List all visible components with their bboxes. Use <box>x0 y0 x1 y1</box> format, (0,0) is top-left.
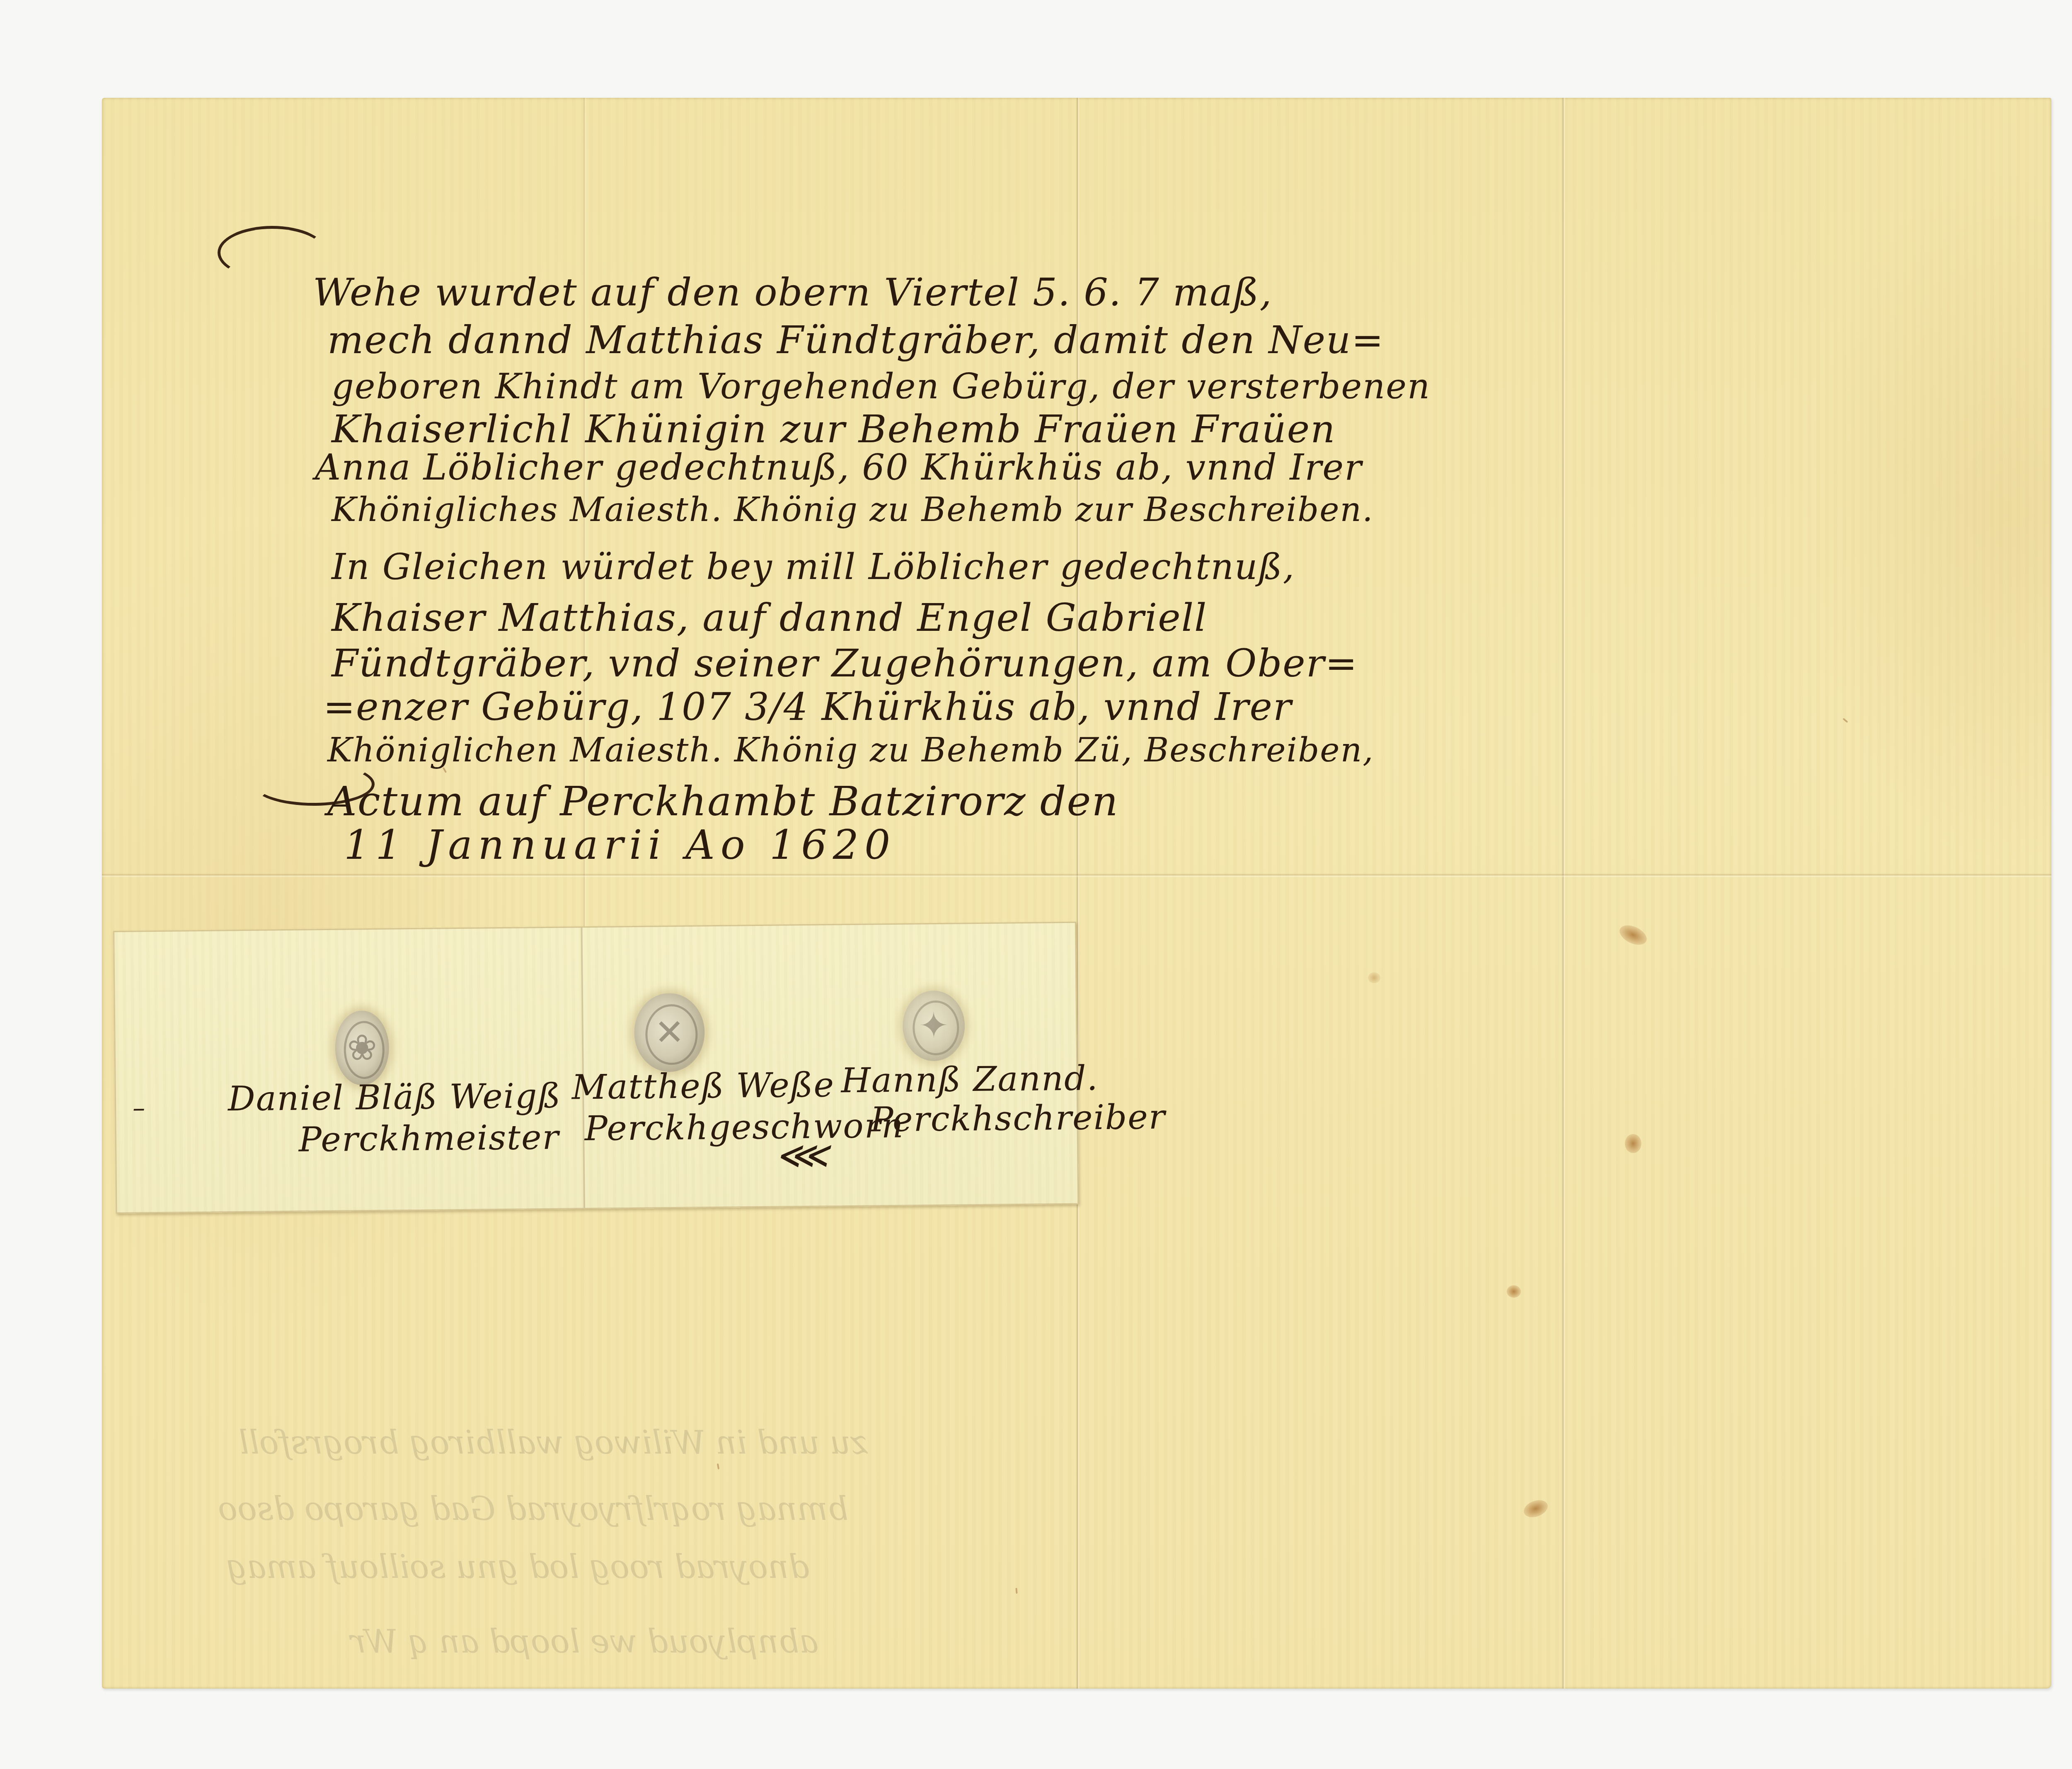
signature-1-name: Daniel Bläß Weigß <box>228 1079 562 1117</box>
right-fold-line <box>1561 98 1566 1689</box>
signature-3-title: Perckhschreiber <box>870 1100 1166 1137</box>
ink-mark: – <box>133 1095 146 1120</box>
paraph-flourish: ⋘ <box>775 1137 830 1174</box>
bleed-through-text: zu und in Wiliwog wallbirog brogrsfoll <box>239 1424 868 1461</box>
date-line: 11 Jannuarii Ao 1620 <box>344 825 896 865</box>
text-line-12: Actum auf Perckhambt Batzirorz den <box>327 781 1119 822</box>
signature-2-title: Perckhgeschworn <box>584 1109 904 1146</box>
text-line-4: Khaiserlichl Khünigin zur Behemb Fraüen … <box>332 410 1336 448</box>
text-line-6: Khönigliches Maiesth. Khönig zu Behemb z… <box>332 493 1374 526</box>
signature-1-title: Perckhmeister <box>298 1121 559 1157</box>
initial-flourish <box>218 226 327 279</box>
text-line-7: In Gleichen würdet bey mill Löblicher ge… <box>332 549 1295 585</box>
paper-fleck <box>717 1464 719 1469</box>
signature-2-name: Mattheß Weße <box>571 1068 835 1105</box>
text-line-5: Anna Löblicher gedechtnuß, 60 Khürkhüs a… <box>315 450 1362 485</box>
text-line-3: geboren Khindt am Vorgehenden Gebürg, de… <box>332 369 1431 404</box>
text-line-10: =enzer Gebürg, 107 3/4 Khürkhüs ab, vnnd… <box>323 688 1292 726</box>
text-line-1: Wehe wurdet auf den obern Viertel 5. 6. … <box>313 274 1273 312</box>
wax-seal-3: ✦ <box>902 990 965 1061</box>
foxing-stain <box>1521 1497 1550 1520</box>
paper-fleck <box>1015 1588 1017 1594</box>
wax-seal-2: ✕ <box>634 993 705 1072</box>
wax-seal-1: ❀ <box>335 1011 390 1086</box>
bleed-through-text: bmnag roqrlfryoyrad Gad garopo dsoo <box>218 1490 848 1528</box>
bleed-through-text: abnplyoud we loopd an q Wr <box>351 1623 818 1660</box>
foxing-stain <box>1507 1285 1521 1298</box>
text-line-11: Khöniglichen Maiesth. Khönig zu Behemb Z… <box>327 734 1374 767</box>
paper-fleck <box>1842 718 1848 723</box>
text-line-2: mech dannd Matthias Fündtgräber, damit d… <box>327 321 1384 359</box>
text-line-9: Fündtgräber, vnd seiner Zugehörungen, am… <box>332 645 1358 683</box>
seal-emblem-icon: ✦ <box>902 990 965 1061</box>
seal-emblem-icon: ❀ <box>335 1011 390 1086</box>
horizontal-fold-line <box>102 873 2051 877</box>
bleed-through-text: dnoyrad roog lod gnu soillouf amag <box>226 1548 809 1586</box>
foxing-stain <box>1368 972 1380 983</box>
signature-slip: ❀ ✕ ✦ – Daniel Bläß Weigß Perckhmeister … <box>113 922 1079 1214</box>
text-line-8: Khaiser Matthias, auf dannd Engel Gabrie… <box>332 599 1207 637</box>
foxing-stain <box>1617 921 1650 949</box>
signature-3-name: Hannß Zannd. <box>841 1061 1099 1098</box>
foxing-stain <box>1625 1134 1641 1153</box>
seal-emblem-icon: ✕ <box>634 993 705 1072</box>
